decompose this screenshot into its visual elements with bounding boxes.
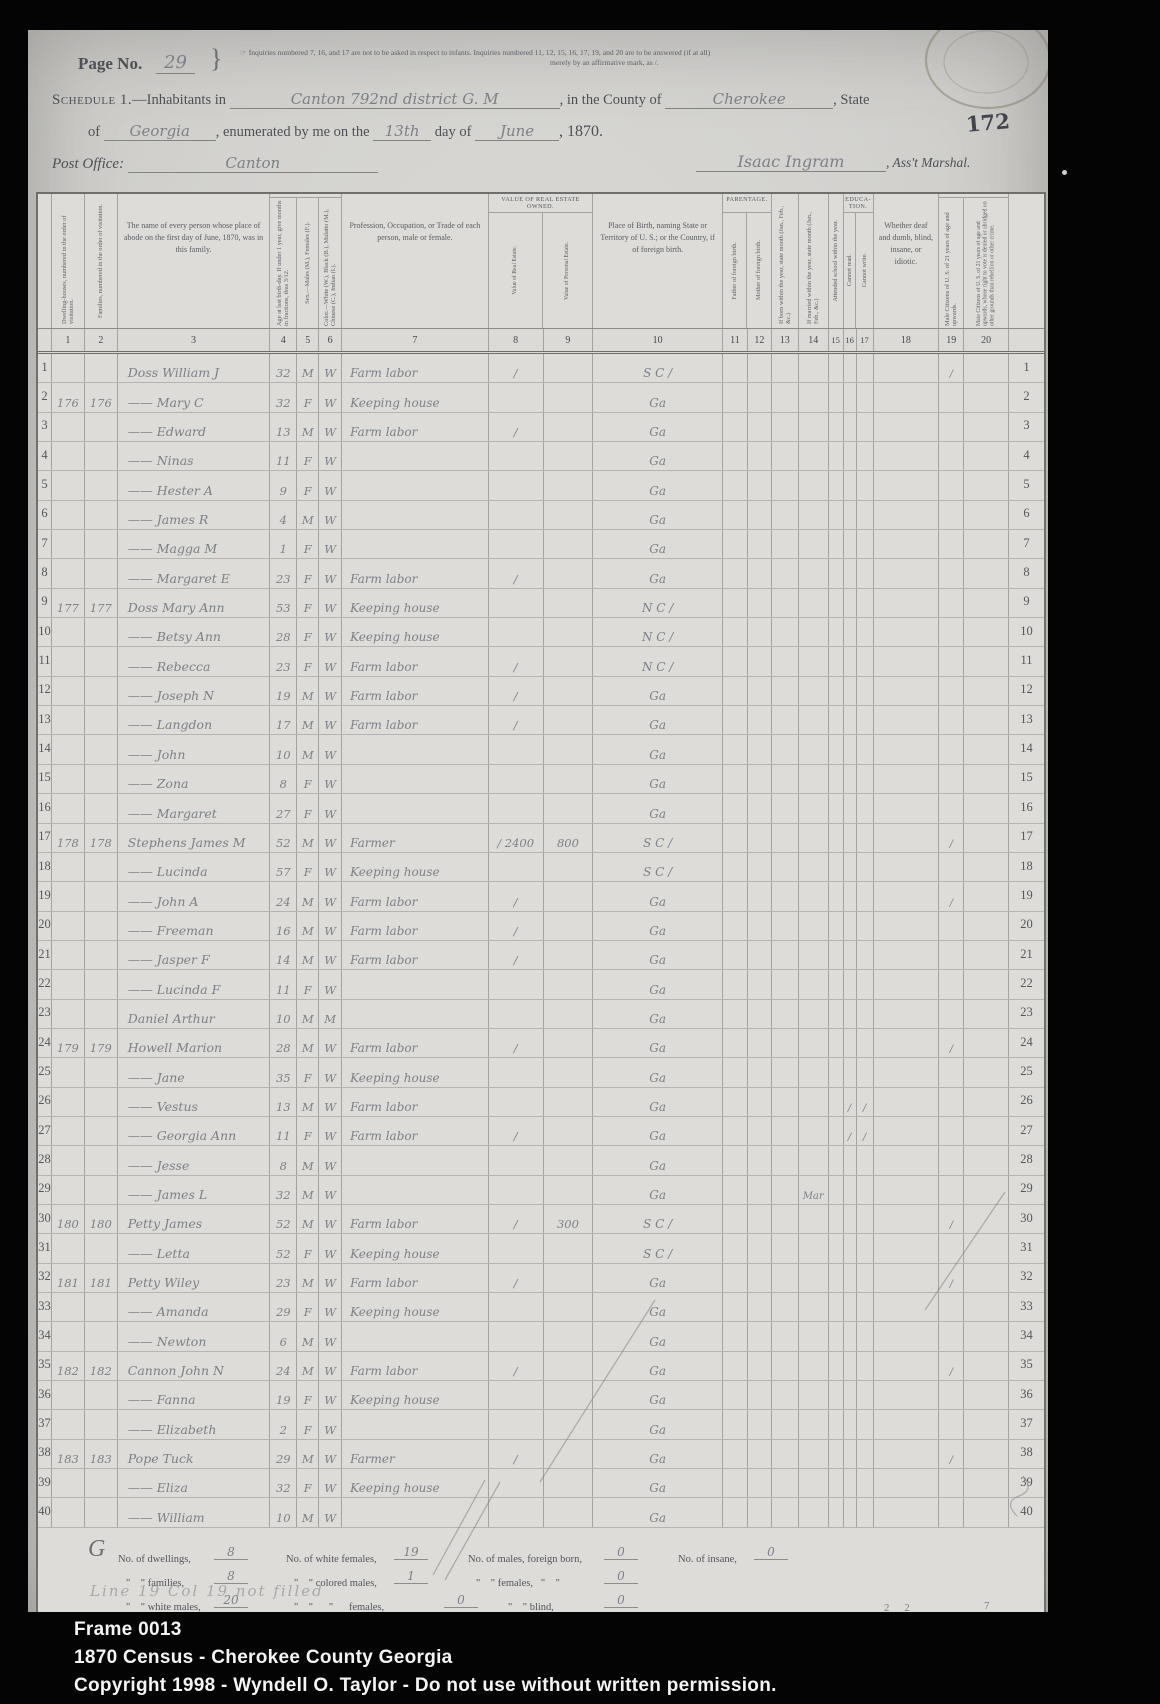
- real-estate-value: [489, 1000, 544, 1028]
- cannot-read-mark: [844, 912, 857, 940]
- column-header: Whether deaf and dumb, blind, insane, or…: [874, 194, 940, 328]
- row-number-gutter-header: [38, 194, 52, 328]
- person-name: —— Eliza: [118, 1469, 271, 1497]
- born-month: [772, 1322, 799, 1350]
- color: W: [319, 735, 342, 763]
- mother-foreign-mark: [748, 589, 772, 617]
- table-row: 31—— Letta52FWKeeping houseS C /31: [38, 1234, 1044, 1263]
- birthplace: S C /: [593, 1234, 723, 1262]
- dwelling-number: [52, 1146, 85, 1174]
- occupation: Keeping house: [342, 589, 489, 617]
- occupation: [342, 1322, 489, 1350]
- cannot-write-mark: [857, 501, 874, 529]
- deaf-dumb-blind: [874, 794, 940, 822]
- colored-females-value: 0: [444, 1594, 478, 1608]
- family-number: [85, 912, 118, 940]
- deaf-dumb-blind: [874, 882, 940, 910]
- person-name: —— Ninas: [118, 442, 271, 470]
- born-month: [772, 1410, 799, 1438]
- mother-foreign-mark: [748, 1088, 772, 1116]
- cannot-read-mark: [844, 501, 857, 529]
- column-header-text: Value of Real Estate.: [512, 244, 519, 297]
- caption-title: 1870 Census - Cherokee County Georgia: [74, 1644, 777, 1672]
- line-number-left: 18: [38, 853, 52, 881]
- age: 35: [270, 1058, 297, 1086]
- person-name: —— Vestus: [118, 1088, 271, 1116]
- colored-females-label: " " " females,: [294, 1602, 384, 1612]
- married-month: [799, 765, 829, 793]
- father-foreign-mark: [723, 853, 748, 881]
- personal-estate-value: [544, 1176, 594, 1204]
- citizen-mark: [939, 853, 964, 881]
- line-number-left: 37: [38, 1410, 52, 1438]
- citizen-mark: [939, 1058, 964, 1086]
- color: W: [319, 501, 342, 529]
- age: 14: [270, 941, 297, 969]
- citizen-mark: [939, 1498, 964, 1526]
- personal-estate-value: [544, 735, 594, 763]
- line-number-right: 13: [1009, 706, 1044, 734]
- column-header: Father of foreign birth.: [723, 213, 747, 328]
- table-row: 23Daniel Arthur10MMGa23: [38, 1000, 1044, 1029]
- birthplace: Ga: [593, 1176, 723, 1204]
- sex: M: [297, 735, 319, 763]
- father-foreign-mark: [723, 765, 748, 793]
- citizen-mark: [939, 1381, 964, 1409]
- cannot-read-mark: [844, 1205, 857, 1233]
- mother-foreign-mark: [748, 1440, 772, 1468]
- birthplace: N C /: [593, 647, 723, 675]
- table-row: 25—— Jane35FWKeeping houseGa25: [38, 1058, 1044, 1087]
- family-number: [85, 853, 118, 881]
- cannot-read-mark: [844, 677, 857, 705]
- column-header-text: Sex.—Males (M.), Females (F.).: [304, 220, 311, 306]
- cannot-write-mark: [857, 1264, 874, 1292]
- cannot-read-mark: [844, 941, 857, 969]
- line-number-right: 12: [1009, 677, 1044, 705]
- person-name: —— Elizabeth: [118, 1410, 271, 1438]
- column-group: Description.Age at last birth-day. If un…: [270, 194, 342, 328]
- table-row: 12—— Joseph N19MWFarm labor/Ga12: [38, 677, 1044, 706]
- attended-school-mark: [829, 677, 844, 705]
- personal-estate-value: [544, 1352, 594, 1380]
- age: 10: [270, 1498, 297, 1526]
- personal-estate-value: [544, 1146, 594, 1174]
- father-foreign-mark: [723, 501, 748, 529]
- born-month: [772, 735, 799, 763]
- table-row: 1Doss William J32MWFarm labor/S C //1: [38, 354, 1044, 383]
- color: W: [319, 1088, 342, 1116]
- personal-estate-value: [544, 706, 594, 734]
- family-number: 182: [85, 1352, 118, 1380]
- personal-estate-value: [544, 882, 594, 910]
- occupation: [342, 501, 489, 529]
- family-number: [85, 413, 118, 441]
- vote-denied-mark: [964, 1205, 1009, 1233]
- age: 52: [270, 1234, 297, 1262]
- age: 24: [270, 882, 297, 910]
- age: 29: [270, 1440, 297, 1468]
- occupation: Keeping house: [342, 853, 489, 881]
- deaf-dumb-blind: [874, 1176, 940, 1204]
- sex: M: [297, 706, 319, 734]
- father-foreign-mark: [723, 735, 748, 763]
- mother-foreign-mark: [748, 618, 772, 646]
- occupation: [342, 442, 489, 470]
- attended-school-mark: [829, 1322, 844, 1350]
- county-label: , in the County of: [560, 92, 662, 108]
- vote-denied-mark: [964, 1058, 1009, 1086]
- column-header-text: Dwelling-houses, numbered in the order o…: [61, 196, 75, 326]
- person-name: Doss Mary Ann: [118, 589, 271, 617]
- born-month: [772, 1498, 799, 1526]
- family-number: [85, 1381, 118, 1409]
- line-number-left: 21: [38, 941, 52, 969]
- occupation: Farm labor: [342, 1352, 489, 1380]
- age: 32: [270, 383, 297, 411]
- dwelling-number: [52, 677, 85, 705]
- cannot-write-mark: [857, 1410, 874, 1438]
- column-header: Profession, Occupation, or Trade of each…: [342, 194, 489, 328]
- column-number: [38, 329, 52, 351]
- family-number: 181: [85, 1264, 118, 1292]
- born-month: [772, 1117, 799, 1145]
- real-estate-value: [489, 1146, 544, 1174]
- occupation: [342, 970, 489, 998]
- column-header-text: Families, numbered in the order of visit…: [97, 202, 104, 320]
- color: W: [319, 442, 342, 470]
- line-number-left: 16: [38, 794, 52, 822]
- person-name: —— Georgia Ann: [118, 1117, 271, 1145]
- occupation: [342, 1176, 489, 1204]
- birthplace: Ga: [593, 1264, 723, 1292]
- cannot-write-mark: [857, 354, 874, 382]
- born-month: [772, 1146, 799, 1174]
- color: W: [319, 1234, 342, 1262]
- vote-denied-mark: [964, 618, 1009, 646]
- mother-foreign-mark: [748, 1469, 772, 1497]
- personal-estate-value: [544, 413, 594, 441]
- sex: M: [297, 1498, 319, 1526]
- real-estate-value: /: [489, 706, 544, 734]
- dwelling-number: [52, 1088, 85, 1116]
- table-row: 28—— Jesse8MWGa28: [38, 1146, 1044, 1175]
- deaf-dumb-blind: [874, 1322, 940, 1350]
- mother-foreign-mark: [748, 706, 772, 734]
- deaf-dumb-blind: [874, 1381, 940, 1409]
- occupation: Farm labor: [342, 559, 489, 587]
- person-name: —— Hester A: [118, 471, 271, 499]
- real-estate-value: /: [489, 559, 544, 587]
- real-estate-value: /: [489, 1205, 544, 1233]
- married-month: [799, 1117, 829, 1145]
- birthplace: Ga: [593, 442, 723, 470]
- deaf-dumb-blind: [874, 677, 940, 705]
- birthplace: Ga: [593, 383, 723, 411]
- column-header-text: Color.—White (W.), Black (B.), Mulatto (…: [323, 198, 337, 328]
- born-month: [772, 882, 799, 910]
- occupation: Farm labor: [342, 1205, 489, 1233]
- personal-estate-value: 300: [544, 1205, 594, 1233]
- occupation: [342, 471, 489, 499]
- father-foreign-mark: [723, 1410, 748, 1438]
- line-number-right: 9: [1009, 589, 1044, 617]
- dwelling-number: 183: [52, 1440, 85, 1468]
- table-row: 19—— John A24MWFarm labor/Ga/19: [38, 882, 1044, 911]
- line-number-right: 16: [1009, 794, 1044, 822]
- column-header: Color.—White (W.), Black (B.), Mulatto (…: [319, 198, 342, 328]
- color: W: [319, 1498, 342, 1526]
- born-month: [772, 1440, 799, 1468]
- cannot-read-mark: [844, 413, 857, 441]
- attended-school-mark: [829, 383, 844, 411]
- mother-foreign-mark: [748, 1117, 772, 1145]
- vote-denied-mark: [964, 1293, 1009, 1321]
- born-month: [772, 647, 799, 675]
- sex: M: [297, 413, 319, 441]
- line-number-right: 21: [1009, 941, 1044, 969]
- citizen-mark: [939, 413, 964, 441]
- deaf-dumb-blind: [874, 354, 940, 382]
- person-name: Doss William J: [118, 354, 271, 382]
- mother-foreign-mark: [748, 1029, 772, 1057]
- color: W: [319, 471, 342, 499]
- table-row: 32181181Petty Wiley23MWFarm labor/Ga/32: [38, 1264, 1044, 1293]
- person-name: —— Zona: [118, 765, 271, 793]
- person-name: —— Betsy Ann: [118, 618, 271, 646]
- table-row: 5—— Hester A9FWGa5: [38, 471, 1044, 500]
- family-number: [85, 1498, 118, 1526]
- column-number: 5: [297, 329, 319, 351]
- citizen-mark: [939, 530, 964, 558]
- born-month: [772, 794, 799, 822]
- real-estate-value: /: [489, 413, 544, 441]
- occupation: Keeping house: [342, 1293, 489, 1321]
- attended-school-mark: [829, 471, 844, 499]
- sex: M: [297, 882, 319, 910]
- dwelling-number: [52, 413, 85, 441]
- age: 6: [270, 1322, 297, 1350]
- dwelling-number: [52, 941, 85, 969]
- cannot-write-mark: [857, 1146, 874, 1174]
- table-row: 29—— James L32MWGaMar29: [38, 1176, 1044, 1205]
- mother-foreign-mark: [748, 471, 772, 499]
- person-name: —— Jasper F: [118, 941, 271, 969]
- mother-foreign-mark: [748, 1234, 772, 1262]
- table-row: 10—— Betsy Ann28FWKeeping houseN C /10: [38, 618, 1044, 647]
- real-estate-value: /: [489, 1440, 544, 1468]
- dwelling-number: [52, 1293, 85, 1321]
- vote-denied-mark: [964, 1234, 1009, 1262]
- color: W: [319, 1117, 342, 1145]
- born-month: [772, 1088, 799, 1116]
- line-number-left: 17: [38, 824, 52, 852]
- deaf-dumb-blind: [874, 647, 940, 675]
- dwelling-number: [52, 618, 85, 646]
- citizen-mark: [939, 677, 964, 705]
- line-number-right: 3: [1009, 413, 1044, 441]
- line-number-right: 38: [1009, 1440, 1044, 1468]
- cannot-read-mark: [844, 882, 857, 910]
- dwelling-number: [52, 1117, 85, 1145]
- line-number-right: 37: [1009, 1410, 1044, 1438]
- deaf-dumb-blind: [874, 706, 940, 734]
- age: 11: [270, 970, 297, 998]
- dwelling-number: [52, 882, 85, 910]
- vote-denied-mark: [964, 471, 1009, 499]
- line-number-left: 40: [38, 1498, 52, 1526]
- vote-denied-mark: [964, 677, 1009, 705]
- cannot-read-mark: [844, 1440, 857, 1468]
- person-name: Daniel Arthur: [118, 1000, 271, 1028]
- mother-foreign-mark: [748, 383, 772, 411]
- mother-foreign-mark: [748, 882, 772, 910]
- real-estate-value: /: [489, 647, 544, 675]
- color: W: [319, 765, 342, 793]
- dwelling-number: [52, 1469, 85, 1497]
- cannot-read-mark: [844, 1000, 857, 1028]
- real-estate-value: /: [489, 354, 544, 382]
- table-body: 1Doss William J32MWFarm labor/S C //1217…: [38, 354, 1044, 1528]
- line-number-right: 25: [1009, 1058, 1044, 1086]
- real-estate-value: [489, 1088, 544, 1116]
- column-header: Cannot read.: [844, 213, 857, 328]
- dwelling-number: [52, 853, 85, 881]
- occupation: Keeping house: [342, 1469, 489, 1497]
- deaf-dumb-blind: [874, 735, 940, 763]
- mother-foreign-mark: [748, 413, 772, 441]
- table-row: 15—— Zona8FWGa15: [38, 765, 1044, 794]
- vote-denied-mark: [964, 912, 1009, 940]
- born-month: [772, 1205, 799, 1233]
- color: W: [319, 413, 342, 441]
- census-table: Dwelling-houses, numbered in the order o…: [36, 192, 1046, 1612]
- age: 16: [270, 912, 297, 940]
- family-number: [85, 1322, 118, 1350]
- citizen-mark: [939, 618, 964, 646]
- insane-value: 0: [754, 1546, 788, 1560]
- born-month: [772, 824, 799, 852]
- married-month: [799, 941, 829, 969]
- occupation: Farm labor: [342, 413, 489, 441]
- person-name: —— Mary C: [118, 383, 271, 411]
- born-month: [772, 970, 799, 998]
- color: W: [319, 1322, 342, 1350]
- cannot-read-mark: [844, 471, 857, 499]
- foreign-females-label: " " females, " ": [476, 1578, 560, 1589]
- cannot-write-mark: /: [857, 1117, 874, 1145]
- column-group: Value of Real Estate owned.Value of Real…: [489, 194, 594, 328]
- line-number-left: 23: [38, 1000, 52, 1028]
- family-number: [85, 471, 118, 499]
- mother-foreign-mark: [748, 559, 772, 587]
- dwelling-number: [52, 1410, 85, 1438]
- occupation: Farm labor: [342, 1264, 489, 1292]
- person-name: Howell Marion: [118, 1029, 271, 1057]
- column-header-text: Male Citizens of U. S. of 21 years of ag…: [976, 198, 996, 328]
- line-number-left: 3: [38, 413, 52, 441]
- deaf-dumb-blind: [874, 1410, 940, 1438]
- citizen-mark: [939, 970, 964, 998]
- column-header-text: Attended school within the year.: [832, 218, 839, 304]
- born-month: [772, 618, 799, 646]
- real-estate-value: [489, 794, 544, 822]
- cannot-write-mark: [857, 1381, 874, 1409]
- column-number: [1009, 329, 1044, 351]
- married-month: [799, 1234, 829, 1262]
- vote-denied-mark: [964, 1381, 1009, 1409]
- age: 19: [270, 1381, 297, 1409]
- father-foreign-mark: [723, 1293, 748, 1321]
- born-month: [772, 413, 799, 441]
- deaf-dumb-blind: [874, 1498, 940, 1526]
- married-month: [799, 1205, 829, 1233]
- line-number-right: 4: [1009, 442, 1044, 470]
- color: W: [319, 1469, 342, 1497]
- age: 10: [270, 1000, 297, 1028]
- family-number: [85, 442, 118, 470]
- column-header: Value of Real Estate.: [489, 213, 543, 328]
- column-number-row: 1234567891011121314151617181920: [38, 329, 1044, 354]
- birthplace: Ga: [593, 1410, 723, 1438]
- line-number-right: 23: [1009, 1000, 1044, 1028]
- born-month: [772, 1352, 799, 1380]
- age: 57: [270, 853, 297, 881]
- attended-school-mark: [829, 794, 844, 822]
- vote-denied-mark: [964, 647, 1009, 675]
- sex: F: [297, 1117, 319, 1145]
- occupation: Farm labor: [342, 1088, 489, 1116]
- married-month: [799, 853, 829, 881]
- father-foreign-mark: [723, 1000, 748, 1028]
- line-number-left: 11: [38, 647, 52, 675]
- birthplace: Ga: [593, 1352, 723, 1380]
- table-row: 9177177Doss Mary Ann53FWKeeping houseN C…: [38, 589, 1044, 618]
- real-estate-value: /: [489, 941, 544, 969]
- personal-estate-value: [544, 1293, 594, 1321]
- column-number: 3: [118, 329, 271, 351]
- line-number-left: 25: [38, 1058, 52, 1086]
- dwelling-number: [52, 794, 85, 822]
- cannot-write-mark: [857, 1205, 874, 1233]
- family-number: [85, 1000, 118, 1028]
- married-month: [799, 1293, 829, 1321]
- family-number: [85, 354, 118, 382]
- line-number-left: 5: [38, 471, 52, 499]
- person-name: —— John A: [118, 882, 271, 910]
- real-estate-value: [489, 442, 544, 470]
- dwelling-number: [52, 735, 85, 763]
- line-number-left: 36: [38, 1381, 52, 1409]
- occupation: Farm labor: [342, 941, 489, 969]
- personal-estate-value: [544, 677, 594, 705]
- sex: M: [297, 824, 319, 852]
- color: W: [319, 383, 342, 411]
- column-header-text: Place of Birth, naming State or Territor…: [593, 194, 722, 328]
- person-name: —— James R: [118, 501, 271, 529]
- age: 8: [270, 765, 297, 793]
- father-foreign-mark: [723, 383, 748, 411]
- family-number: [85, 1176, 118, 1204]
- person-name: —— James L: [118, 1176, 271, 1204]
- personal-estate-value: [544, 970, 594, 998]
- personal-estate-value: [544, 765, 594, 793]
- citizen-mark: [939, 912, 964, 940]
- dwelling-number: [52, 1498, 85, 1526]
- born-month: [772, 1029, 799, 1057]
- sex: M: [297, 677, 319, 705]
- dwelling-number: 180: [52, 1205, 85, 1233]
